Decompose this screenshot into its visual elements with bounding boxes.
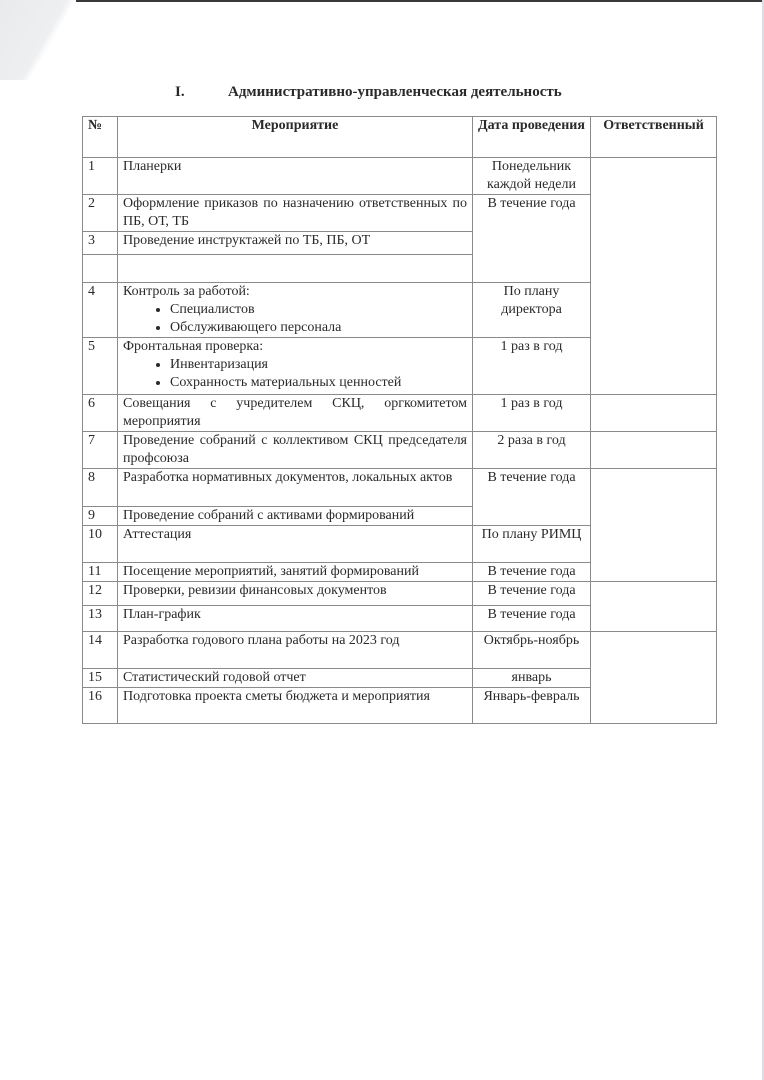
row-activity: Оформление приказов по назначению ответс… bbox=[118, 195, 473, 232]
row-number: 14 bbox=[83, 632, 118, 669]
row-number: 16 bbox=[83, 688, 118, 724]
row-responsible bbox=[591, 582, 717, 632]
section-number: I. bbox=[175, 84, 185, 101]
row-number: 2 bbox=[83, 195, 118, 232]
row-activity: Проверки, ревизии финансовых документов bbox=[118, 582, 473, 606]
table-row: 1 Планерки Понедельник каждой недели bbox=[83, 158, 717, 195]
row-activity bbox=[118, 255, 473, 283]
row-activity: Планерки bbox=[118, 158, 473, 195]
row-date: По плану директора bbox=[473, 283, 591, 338]
row-date: По плану РИМЦ bbox=[473, 526, 591, 563]
scan-page-edge-top bbox=[76, 0, 764, 2]
row-responsible bbox=[591, 432, 717, 469]
row-activity: Аттестация bbox=[118, 526, 473, 563]
row-number: 10 bbox=[83, 526, 118, 563]
row-activity: Подготовка проекта сметы бюджета и мероп… bbox=[118, 688, 473, 724]
row-date: 2 раза в год bbox=[473, 432, 591, 469]
row-activity: Разработка годового плана работы на 2023… bbox=[118, 632, 473, 669]
row-responsible bbox=[591, 632, 717, 724]
row-date: В течение года bbox=[473, 563, 591, 582]
row-number: 5 bbox=[83, 338, 118, 395]
row-activity: Контроль за работой: Специалистов Обслуж… bbox=[118, 283, 473, 338]
row-number: 13 bbox=[83, 606, 118, 632]
row-date: Октябрь-ноябрь bbox=[473, 632, 591, 669]
row-date: В течение года bbox=[473, 195, 591, 283]
section-title: Административно-управленческая деятельно… bbox=[228, 84, 562, 101]
row-activity-title: Контроль за работой: bbox=[123, 283, 467, 301]
row-date: Понедельник каждой недели bbox=[473, 158, 591, 195]
activity-plan-table: № Мероприятие Дата проведения Ответствен… bbox=[82, 116, 717, 724]
row-responsible bbox=[591, 469, 717, 582]
row-number: 8 bbox=[83, 469, 118, 507]
table-row: 8 Разработка нормативных документов, лок… bbox=[83, 469, 717, 507]
row-number: 15 bbox=[83, 669, 118, 688]
row-activity: Статистический годовой отчет bbox=[118, 669, 473, 688]
table-row: 14 Разработка годового плана работы на 2… bbox=[83, 632, 717, 669]
row-number: 6 bbox=[83, 395, 118, 432]
row-number: 1 bbox=[83, 158, 118, 195]
row-number: 12 bbox=[83, 582, 118, 606]
row-activity-subitems: Специалистов Обслуживающего персонала bbox=[123, 301, 467, 337]
row-number: 7 bbox=[83, 432, 118, 469]
header-activity: Мероприятие bbox=[118, 117, 473, 158]
row-activity: Проведение собраний с активами формирова… bbox=[118, 507, 473, 526]
row-activity: Совещания с учредителем СКЦ, оргкомитето… bbox=[118, 395, 473, 432]
row-activity: План-график bbox=[118, 606, 473, 632]
row-date: 1 раз в год bbox=[473, 395, 591, 432]
table-row: 7 Проведение собраний с коллективом СКЦ … bbox=[83, 432, 717, 469]
scan-page-fold bbox=[0, 0, 76, 80]
subitem: Инвентаризация bbox=[170, 356, 467, 374]
subitem: Специалистов bbox=[170, 301, 467, 319]
row-number: 11 bbox=[83, 563, 118, 582]
subitem: Сохранность материальных ценностей bbox=[170, 374, 467, 392]
table-row: 6 Совещания с учредителем СКЦ, оргкомите… bbox=[83, 395, 717, 432]
row-number: 4 bbox=[83, 283, 118, 338]
row-activity-subitems: Инвентаризация Сохранность материальных … bbox=[123, 356, 467, 392]
row-activity: Фронтальная проверка: Инвентаризация Сох… bbox=[118, 338, 473, 395]
subitem: Обслуживающего персонала bbox=[170, 319, 467, 337]
row-date: январь bbox=[473, 669, 591, 688]
header-responsible: Ответственный bbox=[591, 117, 717, 158]
row-date: В течение года bbox=[473, 469, 591, 526]
row-date: 1 раз в год bbox=[473, 338, 591, 395]
row-date: В течение года bbox=[473, 606, 591, 632]
table-header-row: № Мероприятие Дата проведения Ответствен… bbox=[83, 117, 717, 158]
header-date: Дата проведения bbox=[473, 117, 591, 158]
row-activity: Проведение инструктажей по ТБ, ПБ, ОТ bbox=[118, 232, 473, 255]
header-number: № bbox=[83, 117, 118, 158]
row-number bbox=[83, 255, 118, 283]
row-number: 9 bbox=[83, 507, 118, 526]
table-row: 12 Проверки, ревизии финансовых документ… bbox=[83, 582, 717, 606]
row-activity-title: Фронтальная проверка: bbox=[123, 338, 467, 356]
row-responsible bbox=[591, 395, 717, 432]
row-date: Январь-февраль bbox=[473, 688, 591, 724]
row-responsible bbox=[591, 158, 717, 395]
row-activity: Разработка нормативных документов, локал… bbox=[118, 469, 473, 507]
row-number: 3 bbox=[83, 232, 118, 255]
row-date: В течение года bbox=[473, 582, 591, 606]
row-activity: Посещение мероприятий, занятий формирова… bbox=[118, 563, 473, 582]
row-activity: Проведение собраний с коллективом СКЦ пр… bbox=[118, 432, 473, 469]
